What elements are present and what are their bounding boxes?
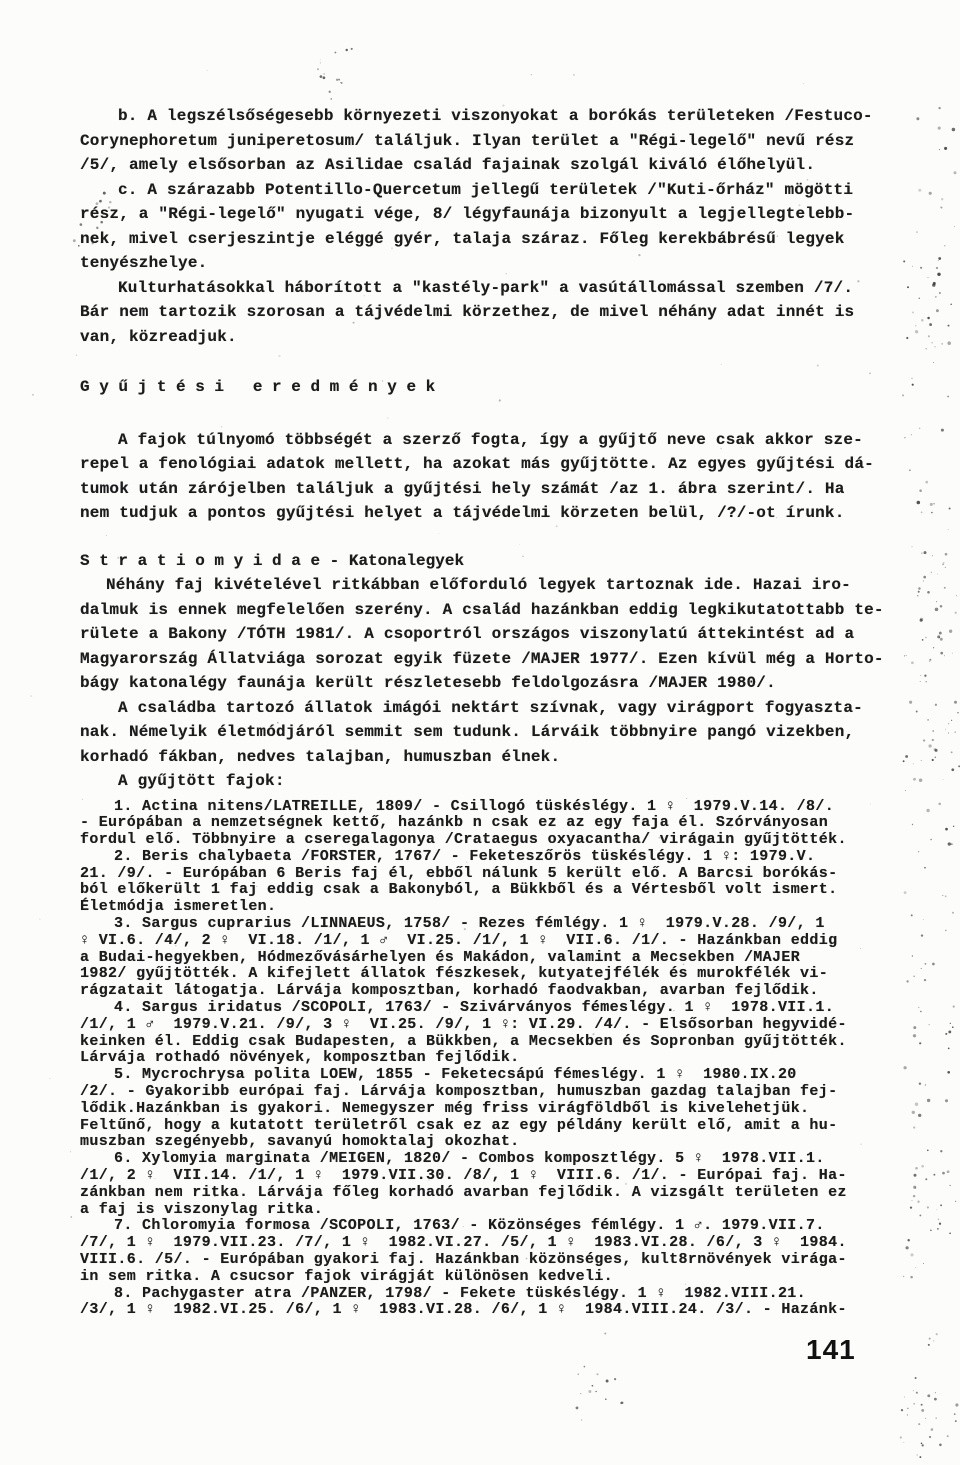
text-line: 1982/ gyűjtötték. A kifejlett állatok fé… xyxy=(80,966,886,983)
text-line: a Budai-hegyekben, Hódmezővásárhelyen és… xyxy=(80,950,886,967)
page-number: 141 xyxy=(806,1334,856,1366)
text-line: tumok után zárójelben találjuk a gyűjtés… xyxy=(80,477,886,502)
text-line: /5/, amely elsősorban az Asilidae család… xyxy=(80,153,886,178)
text-line: lődik.Hazánkban is gyakori. Nemegyszer m… xyxy=(80,1101,886,1118)
text-line: 5. Mycrochrysa polita LOEW, 1855 - Feket… xyxy=(80,1067,886,1084)
text-line: rülete a Bakony /TÓTH 1981/. A csoportró… xyxy=(80,622,886,647)
text-line: 4. Sargus iridatus /SCOPOLI, 1763/ - Szi… xyxy=(80,1000,886,1017)
text-line: ból előkerült 1 faj eddig csak a Bakonyb… xyxy=(80,882,886,899)
text-line: Életmódja ismeretlen. xyxy=(80,899,886,916)
text-line: Néhány faj kivételével ritkábban előford… xyxy=(80,573,886,598)
text-line: nak. Némelyik életmódjáról semmit sem tu… xyxy=(80,720,886,745)
text-line: /2/. - Gyakoribb európai faj. Lárvája ko… xyxy=(80,1084,886,1101)
text-line: rész, a "Régi-legelő" nyugati vége, 8/ l… xyxy=(80,202,886,227)
text-line: /1/, 1 ♂ 1979.V.21. /9/, 3 ♀ VI.25. /9/,… xyxy=(80,1017,886,1034)
text-line: 21. /9/. - Európában 6 Beris faj él, ebb… xyxy=(80,866,886,883)
text-line: nem tudjuk a pontos gyűjtési helyet a tá… xyxy=(80,501,886,526)
text-line: /7/, 1 ♀ 1979.VII.23. /7/, 1 ♀ 1982.VI.2… xyxy=(80,1235,886,1252)
text-line: rágzatait látogatja. Lárvája komposztban… xyxy=(80,983,886,1000)
text-line: c. A szárazabb Potentillo-Quercetum jell… xyxy=(80,178,886,203)
text-line: muszban szegényebb, savanyú homoktalaj o… xyxy=(80,1134,886,1151)
text-line: - Európában a nemzetségnek kettő, hazánk… xyxy=(80,815,886,832)
intro-paragraphs: b. A legszélsőségesebb környezeti viszon… xyxy=(80,104,886,349)
text-line: Bár nem tartozik szorosan a tájvédelmi k… xyxy=(80,300,886,325)
text-line: bágy katonalégy faunája került részletes… xyxy=(80,671,886,696)
text-line: A gyűjtött fajok: xyxy=(80,769,886,794)
text-line: Corynephoretum juniperetosum/ találjuk. … xyxy=(80,129,886,154)
text-line: Lárvája rothadó növények, komposztban fe… xyxy=(80,1050,886,1067)
text-line: 3. Sargus cuprarius /LINNAEUS, 1758/ - R… xyxy=(80,916,886,933)
text-line: korhadó fákban, nedves talajban, humuszb… xyxy=(80,745,886,770)
text-line: 2. Beris chalybaeta /FORSTER, 1767/ - Fe… xyxy=(80,849,886,866)
text-line: nek, mivel cserjeszintje eléggé gyér, ta… xyxy=(80,227,886,252)
text-line: repel a fenológiai adatok mellett, ha az… xyxy=(80,452,886,477)
family-description-paragraphs: Néhány faj kivételével ritkábban előford… xyxy=(80,573,886,794)
text-line: a faj is viszonylag ritka. xyxy=(80,1202,886,1219)
species-list: 1. Actina nitens/LATREILLE, 1809/ - Csil… xyxy=(80,799,886,1320)
collecting-method-paragraph: A fajok túlnyomó többségét a szerző fogt… xyxy=(80,428,886,526)
text-line: van, közreadjuk. xyxy=(80,325,886,350)
text-line: /3/, 1 ♀ 1982.VI.25. /6/, 1 ♀ 1983.VI.28… xyxy=(80,1302,886,1319)
text-line: /1/, 2 ♀ VII.14. /1/, 1 ♀ 1979.VII.30. /… xyxy=(80,1168,886,1185)
text-line: 6. Xylomyia marginata /MEIGEN, 1820/ - C… xyxy=(80,1151,886,1168)
section-heading-collecting-results: G y ű j t é s i e r e d m é n y e k xyxy=(80,375,886,400)
text-line: fordul elő. Többnyire a cseregalagonya /… xyxy=(80,832,886,849)
text-line: tenyészhelye. xyxy=(80,251,886,276)
document-page: b. A legszélsőségesebb környezeti viszon… xyxy=(80,104,886,1319)
text-line: Kulturhatásokkal háborított a "kastély-p… xyxy=(80,276,886,301)
text-line: Feltűnő, hogy a kutatott területről csak… xyxy=(80,1118,886,1135)
text-line: VIII.6. /5/. - Európában gyakori faj. Ha… xyxy=(80,1252,886,1269)
text-line: 1. Actina nitens/LATREILLE, 1809/ - Csil… xyxy=(80,799,886,816)
section-heading-stratiomyidae: S t r a t i o m y i d a e - Katonalegyek xyxy=(80,549,886,574)
text-line: Magyarország Állatviága sorozat egyik fü… xyxy=(80,647,886,672)
text-line: keinken él. Eddig csak Budapesten, a Bük… xyxy=(80,1034,886,1051)
text-line: A fajok túlnyomó többségét a szerző fogt… xyxy=(80,428,886,453)
text-line: dalmuk is ennek megfelelően szerény. A c… xyxy=(80,598,886,623)
text-line: zánkban nem ritka. Lárvája főleg korhadó… xyxy=(80,1185,886,1202)
text-line: 7. Chloromyia formosa /SCOPOLI, 1763/ - … xyxy=(80,1218,886,1235)
text-line: b. A legszélsőségesebb környezeti viszon… xyxy=(80,104,886,129)
text-line: 8. Pachygaster atra /PANZER, 1798/ - Fek… xyxy=(80,1286,886,1303)
text-line: A családba tartozó állatok imágói nektár… xyxy=(80,696,886,721)
text-line: in sem ritka. A csucsor fajok virágját k… xyxy=(80,1269,886,1286)
text-line: ♀ VI.6. /4/, 2 ♀ VI.18. /1/, 1 ♂ VI.25. … xyxy=(80,933,886,950)
